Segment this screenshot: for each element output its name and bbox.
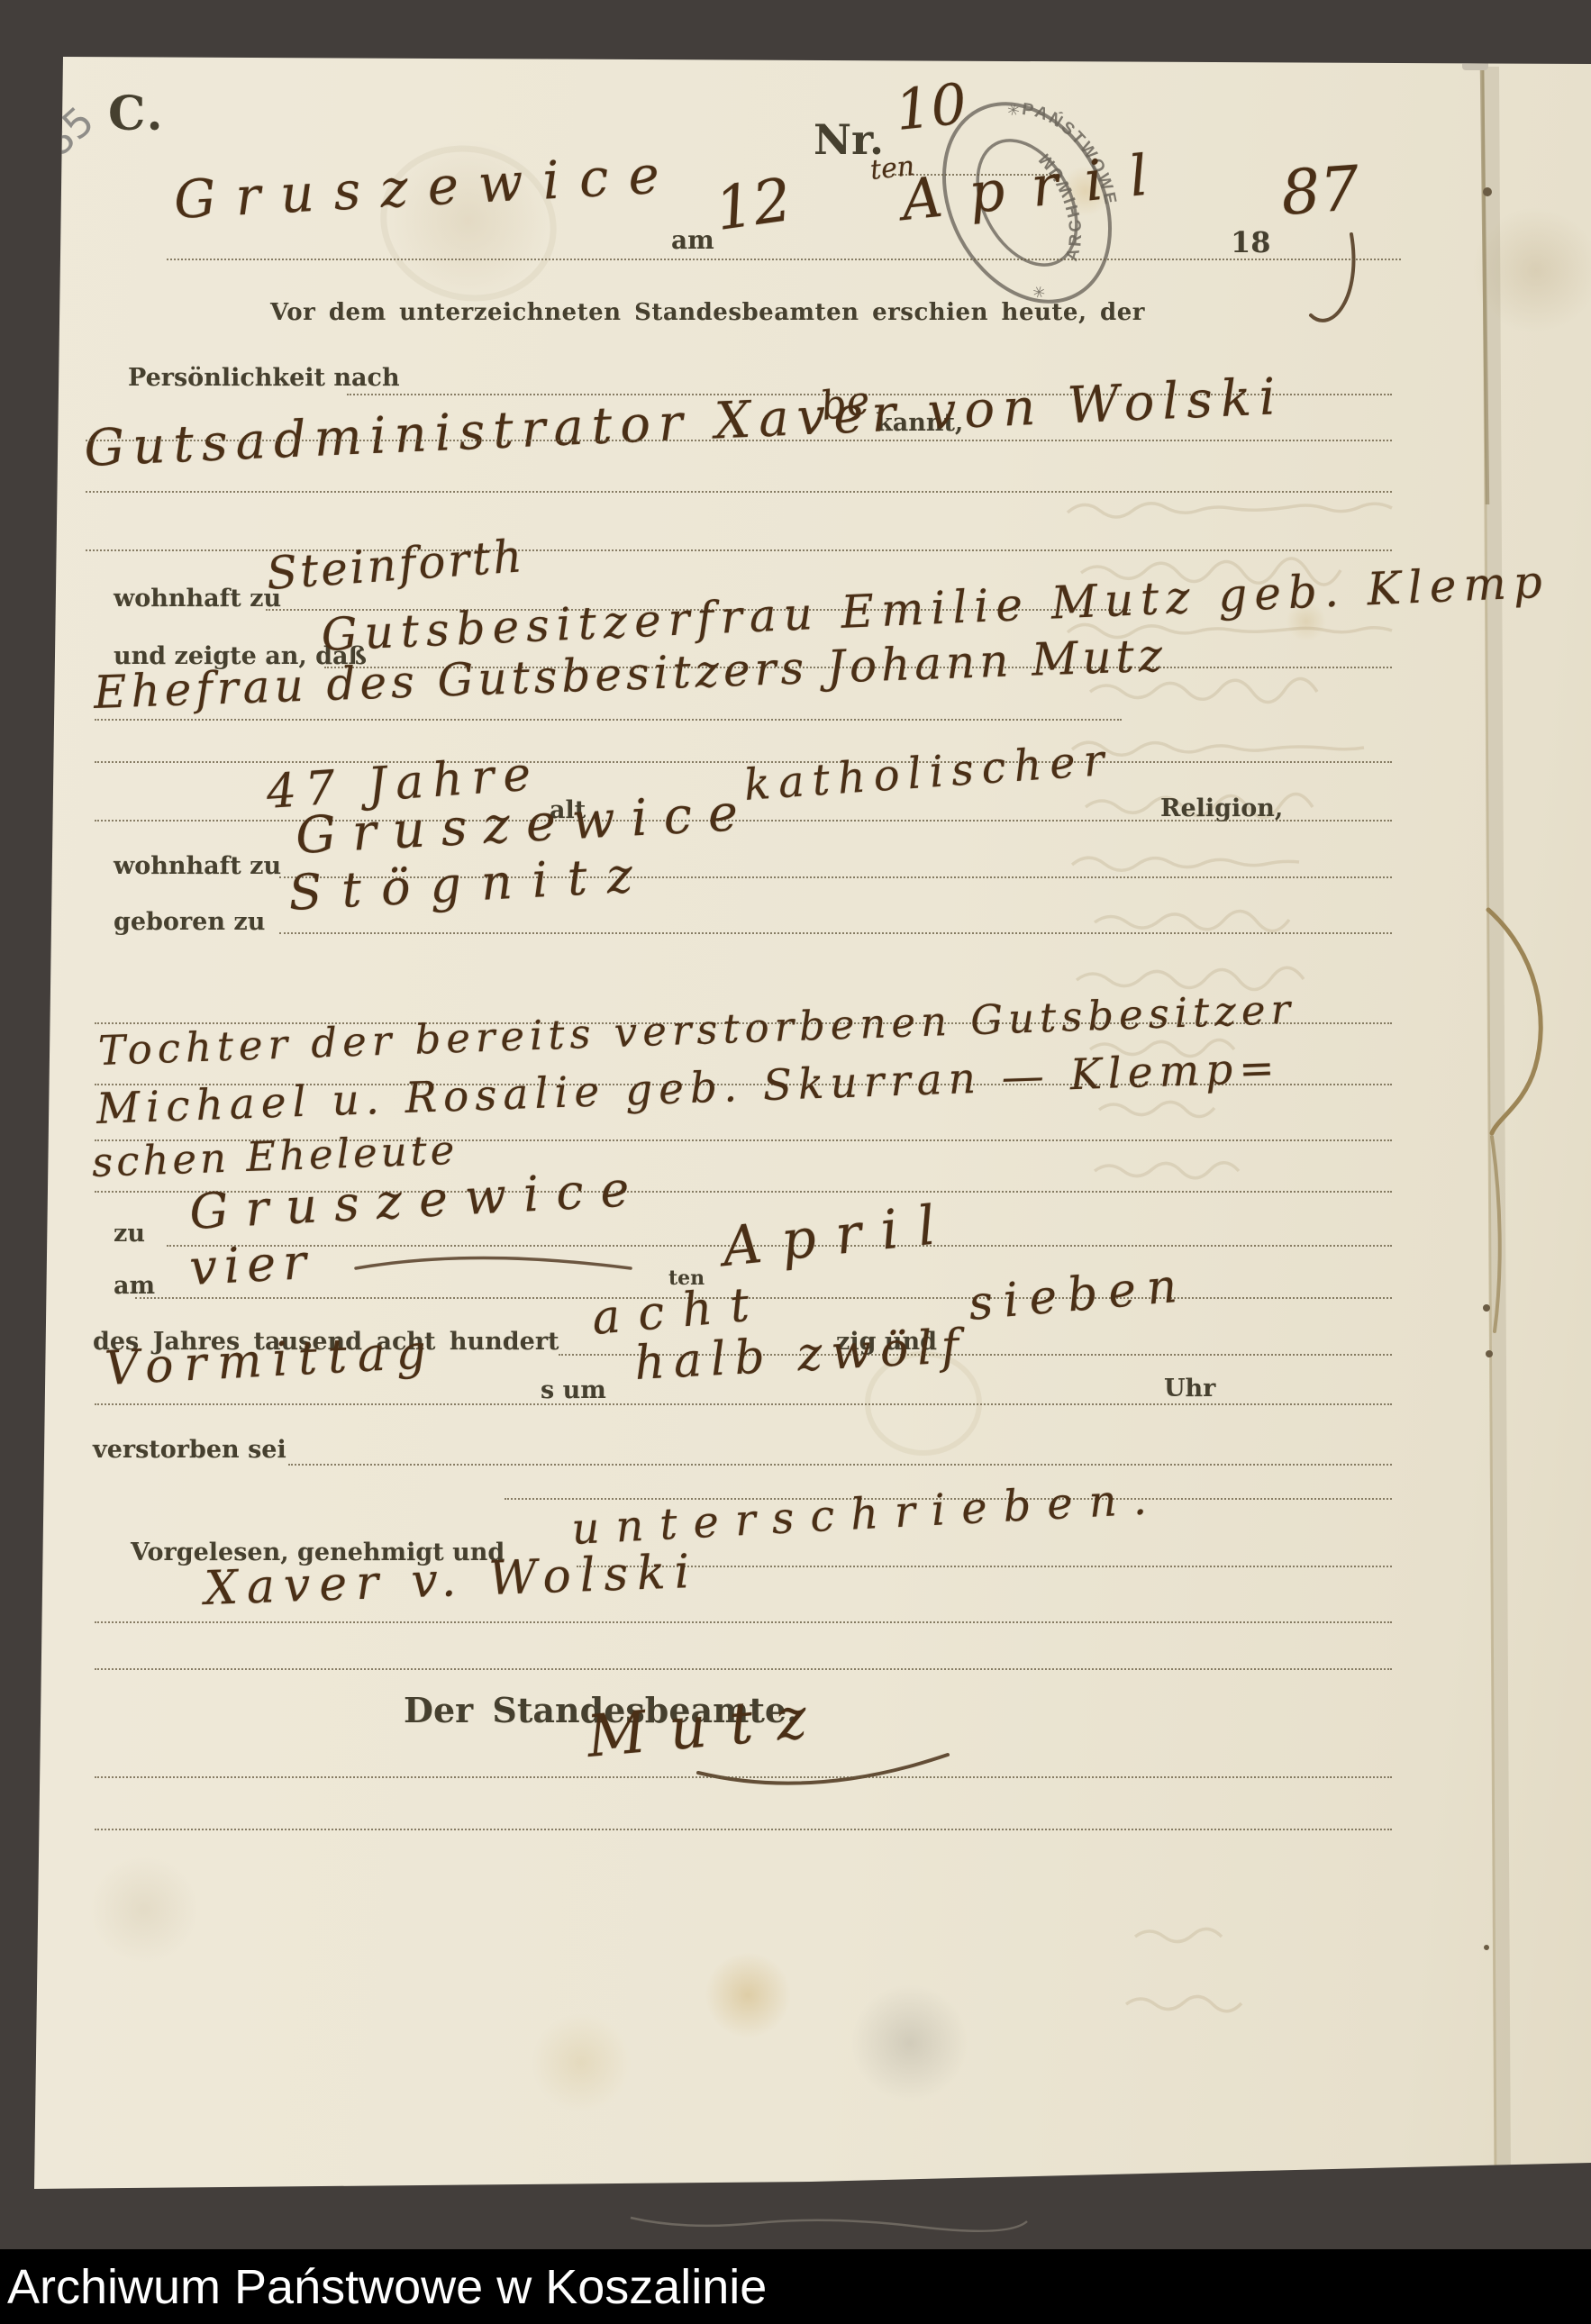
scanned-document: ARCHIWUM PAŃSTWOWE ✳ ✳ xyxy=(0,0,1591,2324)
archive-caption-bar: Archiwum Państwowe w Koszalinie xyxy=(0,2249,1591,2324)
background-scratch xyxy=(0,0,1591,2324)
archive-caption-text: Archiwum Państwowe w Koszalinie xyxy=(7,2259,767,2315)
